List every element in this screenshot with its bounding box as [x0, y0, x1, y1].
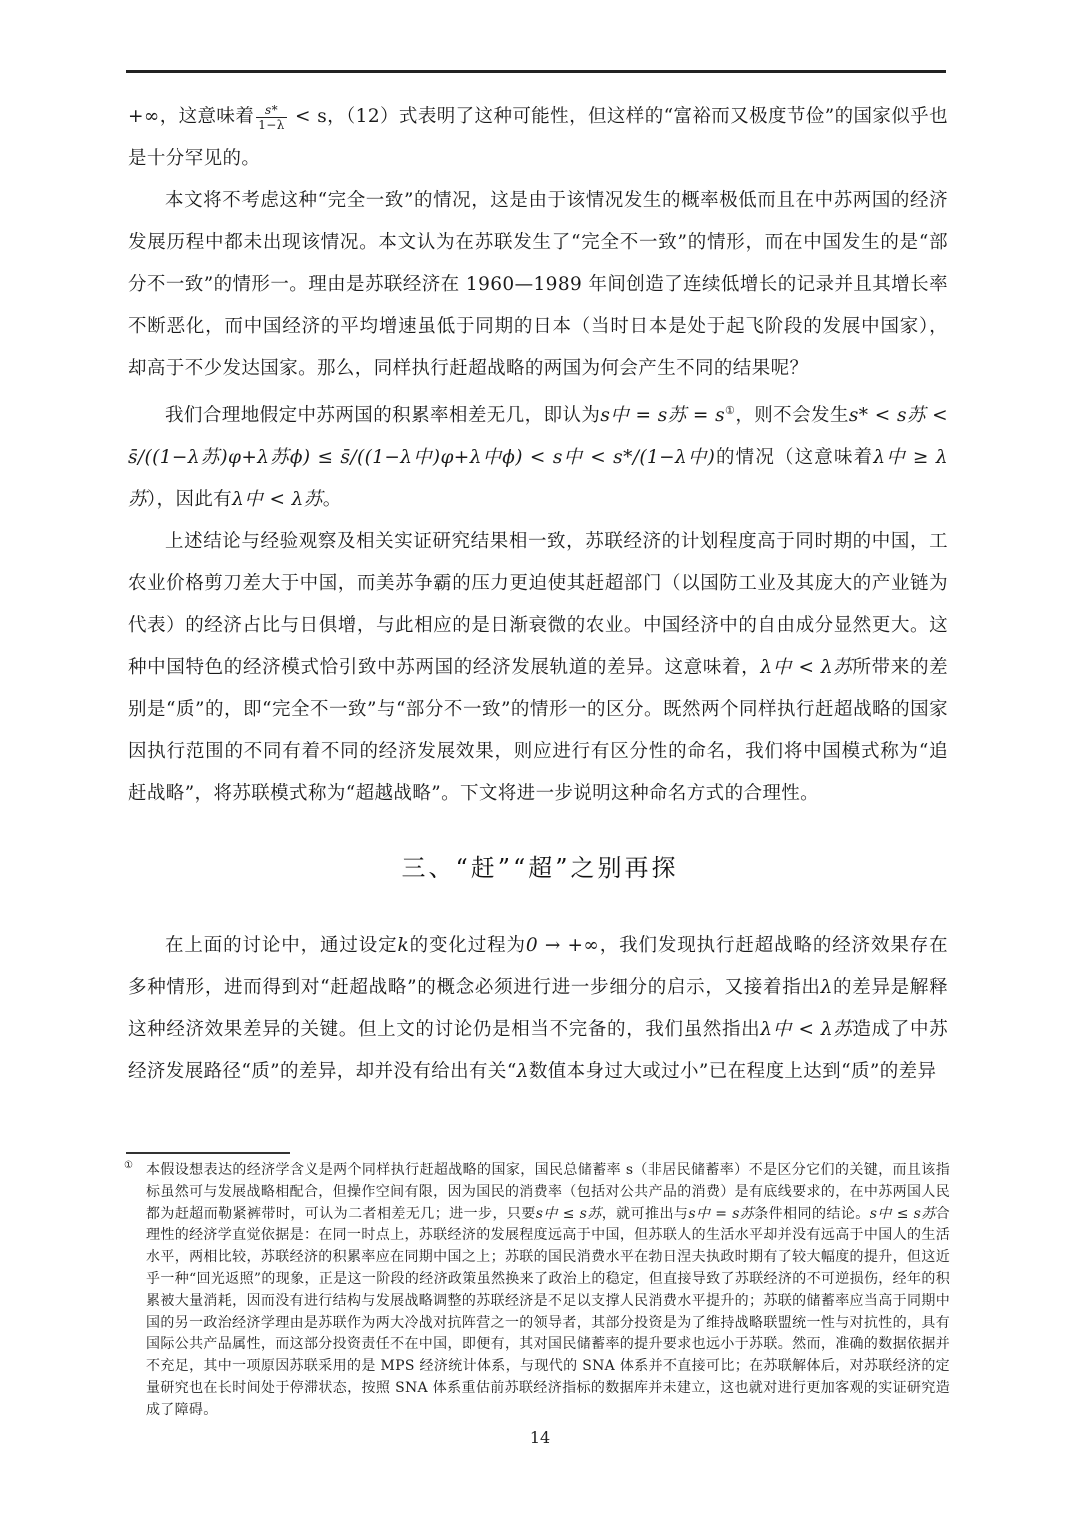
- math-inequality: s中 ≤ s苏: [870, 1206, 936, 1222]
- footnote-marker: ①: [124, 1155, 133, 1177]
- text: 在上面的讨论中，通过设定: [165, 935, 398, 956]
- paragraph-complete-consistency: 本文将不考虑这种“完全一致”的情况，这是由于该情况发生的概率极低而且在中苏两国的…: [128, 180, 948, 390]
- section-heading: 三、“赶”“超”之别再探: [0, 848, 1080, 883]
- footnote-reference[interactable]: ①: [725, 404, 735, 417]
- fraction-numerator: s*: [256, 103, 287, 118]
- footnote-rule: [126, 1152, 290, 1154]
- text: ，就可推出与: [602, 1206, 689, 1222]
- body-lower: 在上面的讨论中，通过设定k的变化过程为0 → +∞，我们发现执行赶超战略的经济效…: [128, 925, 948, 1093]
- text: 所带来的差别是“质”的，即“完全不一致”与“部分不一致”的情形一的区分。既然两个…: [128, 657, 948, 804]
- text: 。: [323, 489, 342, 510]
- header-rule: [126, 70, 946, 73]
- text: 数值本身过大或过小”已在程度上达到“质”的差异: [529, 1061, 937, 1082]
- fraction-s-star-over-1-minus-lambda: s*1−λ: [256, 103, 287, 132]
- fraction-denominator: 1−λ: [256, 118, 287, 132]
- math-range: 0 → +∞: [526, 935, 599, 956]
- footnote: ① 本假设想表达的经济学含义是两个同样执行赶超战略的国家，国民总储蓄率 s（非居…: [128, 1160, 950, 1422]
- math-variable: k: [398, 935, 410, 956]
- page-number: 14: [0, 1428, 1080, 1447]
- text: ，则不会发生: [735, 405, 849, 426]
- math-inequality: s中 ≤ s苏: [536, 1206, 602, 1222]
- footnote-text: 本假设想表达的经济学含义是两个同样执行赶超战略的国家，国民总储蓄率 s（非居民储…: [128, 1160, 950, 1422]
- math-variable: λ: [821, 977, 833, 998]
- paragraph-accumulation-assumption: 我们合理地假定中苏两国的积累率相差无几，即认为s中 = s苏 = s①，则不会发…: [128, 390, 948, 521]
- math-inequality: λ中 < λ苏: [232, 489, 323, 510]
- text: 条件相同的结论。: [754, 1206, 870, 1222]
- text: +∞，这意味着: [128, 106, 254, 127]
- body-upper: +∞，这意味着s*1−λ < s，（12）式表明了这种可能性，但这样的“富裕而又…: [128, 96, 948, 815]
- math-equation: s中 = s苏: [688, 1206, 754, 1222]
- text: 的情况（这意味着: [715, 447, 873, 468]
- paragraph-empirical-consistency: 上述结论与经验观察及相关实证研究结果相一致，苏联经济的计划程度高于同时期的中国，…: [128, 521, 948, 815]
- text: 的变化过程为: [409, 935, 526, 956]
- math-inequality: λ中 < λ苏: [760, 1019, 852, 1040]
- math-inequality: λ中 < λ苏: [760, 657, 852, 678]
- paragraph-further-discussion: 在上面的讨论中，通过设定k的变化过程为0 → +∞，我们发现执行赶超战略的经济效…: [128, 925, 948, 1093]
- text: 合理性的经济学直觉依据是：在同一时点上，苏联经济的发展程度远高于中国，但苏联人的…: [146, 1206, 950, 1418]
- paragraph-continuation: +∞，这意味着s*1−λ < s，（12）式表明了这种可能性，但这样的“富裕而又…: [128, 96, 948, 180]
- math-equation: s中 = s苏 = s: [600, 405, 725, 426]
- text: ），因此有: [147, 489, 232, 510]
- text: 我们合理地假定中苏两国的积累率相差无几，即认为: [165, 405, 600, 426]
- math-variable: λ: [517, 1061, 529, 1082]
